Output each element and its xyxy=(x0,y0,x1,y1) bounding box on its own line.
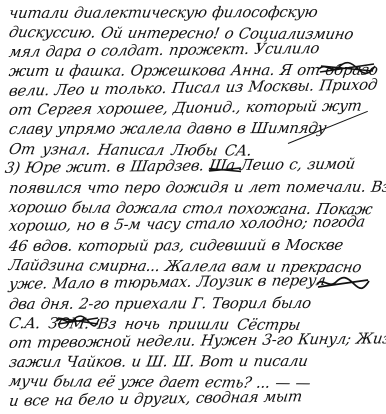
manuscript-line: от тревожной недели. Нужен 3-го Кинул; Ж… xyxy=(0,329,386,353)
manuscript-line: мял дара о солдат. прожект. Усилило xyxy=(0,38,386,62)
manuscript-line: появился что перо дожидя и лет помечали.… xyxy=(0,177,386,198)
manuscript-line: читали диалектическую философскую xyxy=(0,3,386,24)
manuscript-line: хорошо, но в 5-м часу стало холодно; пог… xyxy=(0,213,386,237)
manuscript-line: 46 вдов. который раз, сидевший в Москве xyxy=(0,235,386,256)
manuscript-line: зажил Чайков. и Ш. Ш. Вот и писали xyxy=(0,352,386,373)
manuscript-line: славу упрямо жалела давно в Шимпяду xyxy=(0,119,386,140)
manuscript-line: от Сергея хорошее, Дионид., который жут xyxy=(0,96,386,120)
manuscript-line: два дня. 2-го приехали Г. Творил было xyxy=(0,294,386,315)
manuscript-line: 3) Юре жит. в Шардзев. Ша Лешо с, зимой xyxy=(0,154,386,178)
manuscript-page: читали диалектическую философскую дискус… xyxy=(0,0,386,414)
manuscript-line: уже. Мало в тюрьмах. Лоузик в переул xyxy=(0,271,386,295)
